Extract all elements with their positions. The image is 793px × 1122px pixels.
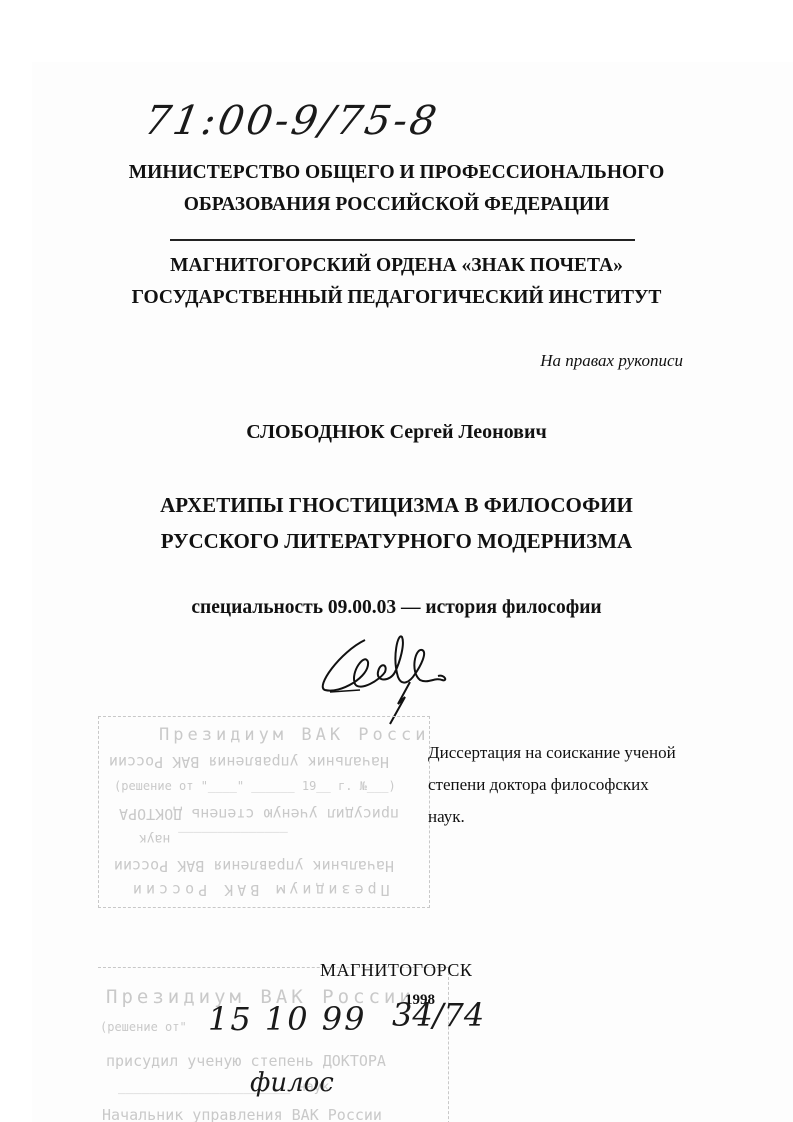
stamp-line: Начальник управления ВАК России <box>114 857 394 875</box>
handwritten-decision-date: 15 10 99 <box>208 1000 367 1038</box>
specialty-line: специальность 09.00.03 — история философ… <box>0 597 793 619</box>
vak-stamp-top: Президиум ВАК России Начальник управлени… <box>98 716 430 908</box>
degree-note: Диссертация на соискание ученой степени … <box>428 737 728 833</box>
stamp-line: Президиум ВАК России <box>129 881 390 899</box>
stamp-line: ______________ наук <box>139 831 288 846</box>
degree-note-line-2: степени доктора философских <box>428 769 728 801</box>
ministry-line-2: ОБРАЗОВАНИЯ РОССИЙСКОЙ ФЕДЕРАЦИИ <box>0 189 793 221</box>
ministry-line-1: МИНИСТЕРСТВО ОБЩЕГО И ПРОФЕССИОНАЛЬНОГО <box>0 157 793 189</box>
institute-line-1: МАГНИТОГОРСКИЙ ОРДЕНА «ЗНАК ПОЧЕТА» <box>0 250 793 282</box>
stamp-line: Президиум ВАК России <box>159 725 430 745</box>
manuscript-note: На правах рукописи <box>540 351 683 371</box>
author-name: СЛОБОДНЮК Сергей Леонович <box>0 421 793 444</box>
city: МАГНИТОГОРСК <box>320 960 472 981</box>
archive-code: 71:00-9/75-8 <box>141 98 443 144</box>
title-line-2: РУССКОГО ЛИТЕРАТУРНОГО МОДЕРНИЗМА <box>0 523 793 559</box>
degree-note-line-3: наук. <box>428 801 728 833</box>
handwritten-decision-number: 34/74 <box>392 996 484 1034</box>
signature-icon <box>310 632 460 727</box>
stamp-line: (решение от "____" ______ 19__ г. №___) <box>114 779 396 793</box>
stamp-line: присудил ученую степень ДОКТОРА <box>119 805 399 823</box>
handwritten-field: филос <box>250 1068 334 1098</box>
vak-stamp-bottom: Президиум ВАК России (решение от" присуд… <box>98 967 449 1122</box>
divider-rule <box>170 239 635 241</box>
degree-note-line-1: Диссертация на соискание ученой <box>428 737 728 769</box>
ministry-heading: МИНИСТЕРСТВО ОБЩЕГО И ПРОФЕССИОНАЛЬНОГО … <box>0 157 793 221</box>
stamp-line: Начальник управления ВАК России <box>102 1106 382 1122</box>
stamp-line: (решение от" <box>100 1020 187 1034</box>
title-line-1: АРХЕТИПЫ ГНОСТИЦИЗМА В ФИЛОСОФИИ <box>0 487 793 523</box>
institute-heading: МАГНИТОГОРСКИЙ ОРДЕНА «ЗНАК ПОЧЕТА» ГОСУ… <box>0 250 793 314</box>
stamp-line: присудил ученую степень ДОКТОРА <box>106 1052 386 1070</box>
dissertation-title: АРХЕТИПЫ ГНОСТИЦИЗМА В ФИЛОСОФИИ РУССКОГ… <box>0 487 793 559</box>
institute-line-2: ГОСУДАРСТВЕННЫЙ ПЕДАГОГИЧЕСКИЙ ИНСТИТУТ <box>0 282 793 314</box>
stamp-line: Начальник управления ВАК России <box>109 753 389 771</box>
